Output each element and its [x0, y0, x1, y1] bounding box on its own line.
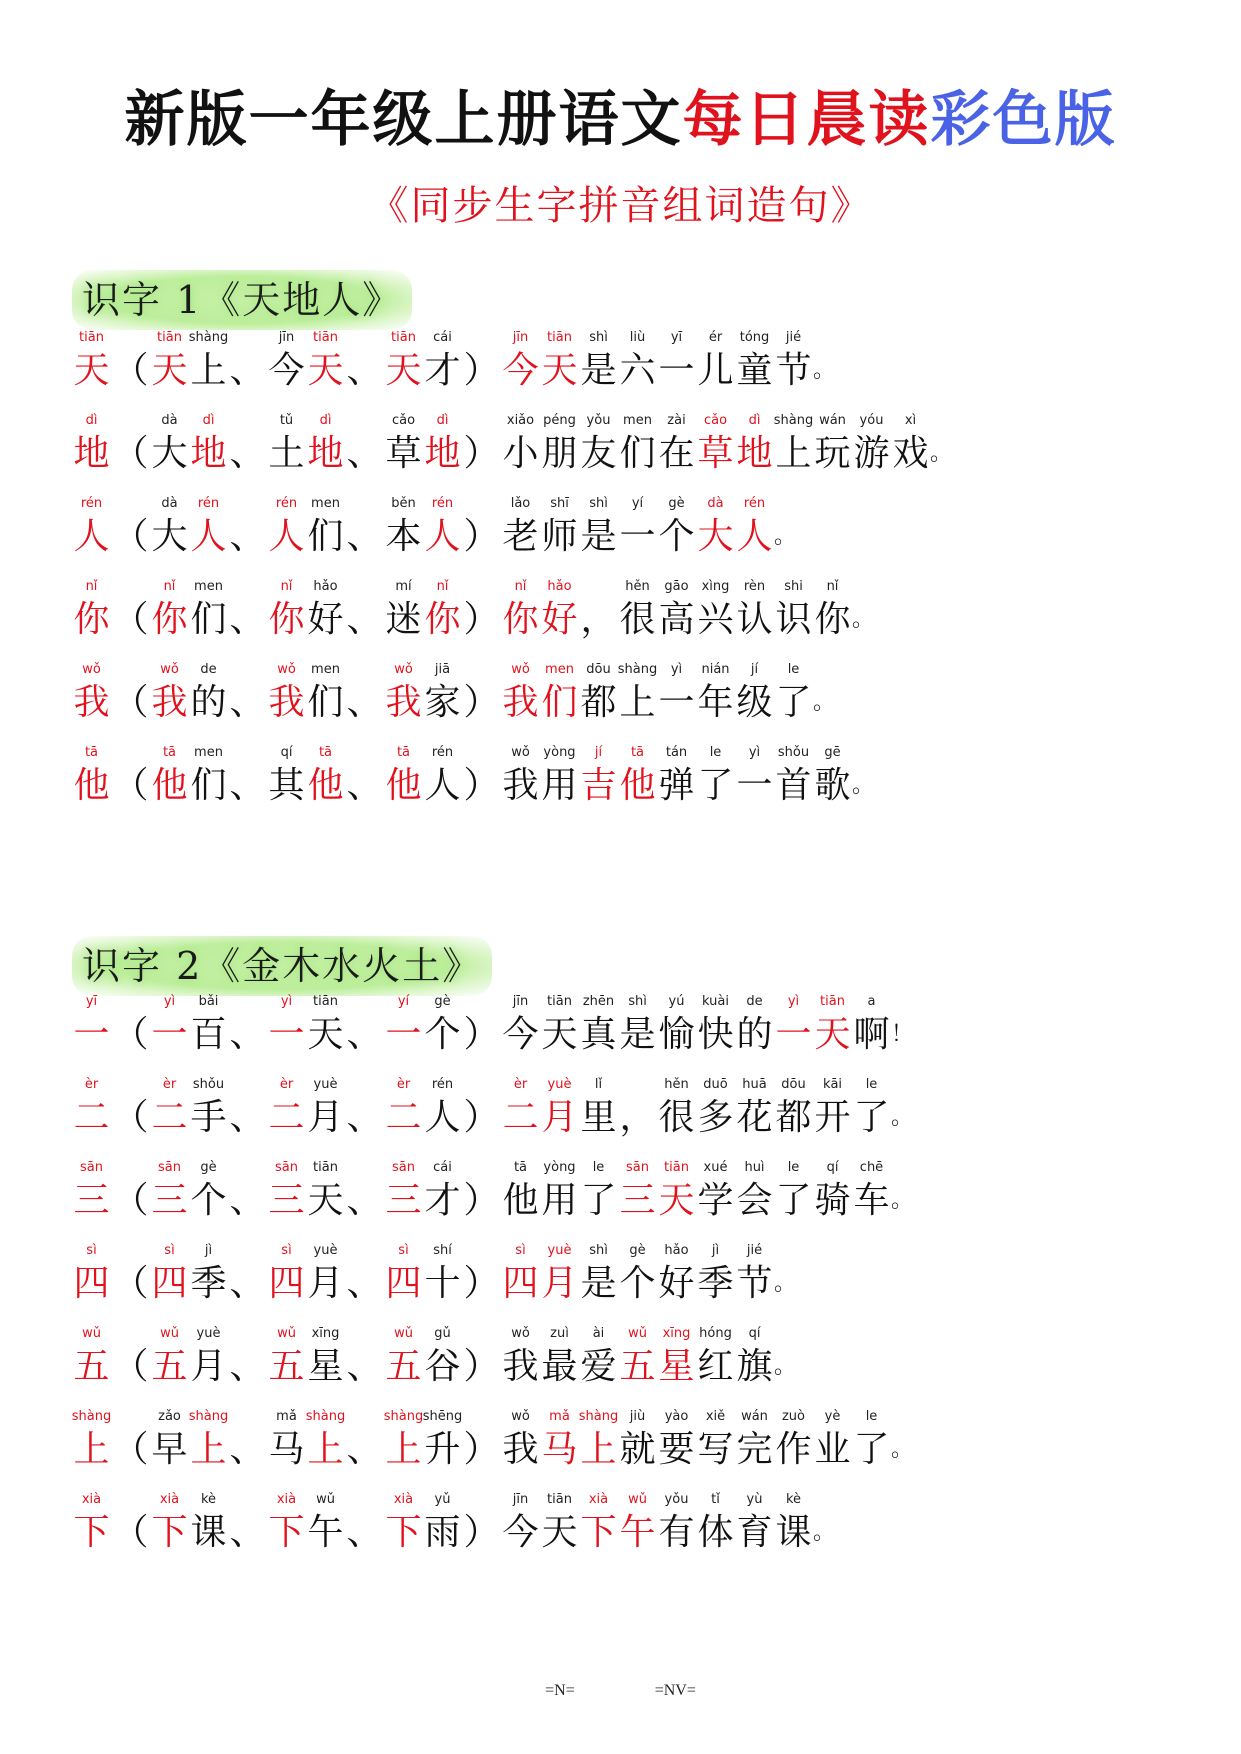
punctuation: 。	[891, 1407, 919, 1473]
hanzi: 人	[267, 514, 306, 560]
hanzi: 儿	[696, 348, 735, 394]
hanzi: （	[111, 1344, 150, 1390]
punctuation: 。	[852, 577, 880, 643]
title-red-part: 每日晨读	[683, 85, 931, 155]
hanzi: ）	[462, 348, 501, 394]
hanzi: 上	[72, 1427, 111, 1473]
hanzi: 你	[267, 597, 306, 643]
hanzi: 、	[345, 514, 384, 560]
hanzi: 我	[384, 680, 423, 726]
hanzi: 地	[72, 431, 111, 477]
hanzi: ）	[462, 1261, 501, 1307]
punctuation: ！	[891, 992, 919, 1058]
hanzi: 今	[501, 348, 540, 394]
hanzi: 最	[540, 1344, 579, 1390]
hanzi: 、	[345, 763, 384, 809]
hanzi: 师	[540, 514, 579, 560]
hanzi: 星	[306, 1344, 345, 1390]
hanzi: 首	[774, 763, 813, 809]
hanzi: 土	[267, 431, 306, 477]
text-row: yī一（yì一bǎi百、yì一tiān天、yí一gè个）jīn今tiān天zhē…	[72, 992, 919, 1066]
hanzi: 多	[696, 1095, 735, 1141]
hanzi: 上	[618, 680, 657, 726]
hanzi: 、	[228, 1095, 267, 1141]
pinyin	[881, 1075, 929, 1095]
footer-mark-1: =N=	[545, 1682, 575, 1700]
hanzi: 四	[384, 1261, 423, 1307]
hanzi: （	[111, 431, 150, 477]
hanzi: 、	[345, 1095, 384, 1141]
text-row: sì四（sì四jì季、sì四yuè月、sì四shí十）sì四yuè月shì是gè…	[72, 1241, 802, 1315]
hanzi: 四	[267, 1261, 306, 1307]
hanzi: 、	[345, 1510, 384, 1556]
hanzi: 友	[579, 431, 618, 477]
hanzi: 作	[774, 1427, 813, 1473]
text-row: xià下（xià下kè课、xià下wǔ午、xià下yǔ雨）jīn今tiān天xi…	[72, 1490, 841, 1564]
hanzi: 了	[852, 1427, 891, 1473]
hanzi: 草	[696, 431, 735, 477]
pinyin	[764, 1241, 812, 1261]
hanzi: 月	[306, 1261, 345, 1307]
hanzi: （	[111, 680, 150, 726]
hanzi: 的	[735, 1012, 774, 1058]
hanzi: 四	[501, 1261, 540, 1307]
pinyin	[881, 1158, 929, 1178]
hanzi: ）	[462, 1344, 501, 1390]
hanzi: 。	[891, 1095, 919, 1141]
hanzi: 才	[423, 1178, 462, 1224]
hanzi: 、	[345, 597, 384, 643]
hanzi: 朋	[540, 431, 579, 477]
hanzi: 一	[150, 1012, 189, 1058]
hanzi: 童	[735, 348, 774, 394]
hanzi: 五	[618, 1344, 657, 1390]
hanzi: （	[111, 1012, 150, 1058]
hanzi: 很	[657, 1095, 696, 1141]
text-row: tā他（tā他men们、qí其tā他、tā他rén人）wǒ我yòng用jí吉tā…	[72, 743, 880, 817]
hanzi: ）	[462, 431, 501, 477]
hanzi: 天	[384, 348, 423, 394]
pinyin	[842, 743, 890, 763]
hanzi: 车	[852, 1178, 891, 1224]
hanzi: 我	[501, 763, 540, 809]
pinyin	[803, 1490, 851, 1510]
hanzi: 天	[813, 1012, 852, 1058]
hanzi: 高	[657, 597, 696, 643]
hanzi: 骑	[813, 1178, 852, 1224]
hanzi: 年	[696, 680, 735, 726]
hanzi: 啊	[852, 1012, 891, 1058]
hanzi: 一	[267, 1012, 306, 1058]
hanzi: 天	[540, 348, 579, 394]
hanzi: 们	[189, 763, 228, 809]
hanzi: 好	[306, 597, 345, 643]
hanzi: 、	[345, 1344, 384, 1390]
hanzi: 有	[657, 1510, 696, 1556]
hanzi: 会	[735, 1178, 774, 1224]
hanzi: ）	[462, 1427, 501, 1473]
punctuation: 。	[813, 660, 841, 726]
hanzi: 升	[423, 1427, 462, 1473]
text-row: tiān天（tiān天shàng上、jīn今tiān天、tiān天cái才）jī…	[72, 328, 841, 402]
hanzi: 我	[267, 680, 306, 726]
hanzi: 地	[735, 431, 774, 477]
text-row: nǐ你（nǐ你men们、nǐ你hǎo好、mí迷nǐ你）nǐ你hǎo好，hěn很g…	[72, 577, 880, 651]
hanzi: 上	[189, 348, 228, 394]
hanzi: 三	[384, 1178, 423, 1224]
hanzi: （	[111, 1510, 150, 1556]
hanzi: 你	[501, 597, 540, 643]
hanzi: 四	[150, 1261, 189, 1307]
hanzi: 、	[345, 348, 384, 394]
hanzi: 、	[345, 1178, 384, 1224]
hanzi: 育	[735, 1510, 774, 1556]
hanzi: 好	[657, 1261, 696, 1307]
hanzi: 兴	[696, 597, 735, 643]
hanzi: 马	[540, 1427, 579, 1473]
hanzi: 们	[306, 514, 345, 560]
hanzi: 今	[267, 348, 306, 394]
hanzi: 。	[774, 514, 802, 560]
hanzi: 百	[189, 1012, 228, 1058]
hanzi: 才	[423, 348, 462, 394]
hanzi: ，	[579, 597, 618, 643]
hanzi: 午	[618, 1510, 657, 1556]
hanzi: 三	[72, 1178, 111, 1224]
hanzi: 你	[813, 597, 852, 643]
hanzi: 都	[579, 680, 618, 726]
pinyin	[881, 992, 929, 1012]
hanzi: 天	[540, 1012, 579, 1058]
pinyin	[803, 660, 851, 680]
hanzi: 。	[891, 1178, 919, 1224]
hanzi: 人	[189, 514, 228, 560]
hanzi: 本	[384, 514, 423, 560]
hanzi: 们	[306, 680, 345, 726]
hanzi: 人	[735, 514, 774, 560]
hanzi: 马	[267, 1427, 306, 1473]
hanzi: 是	[579, 514, 618, 560]
hanzi: 天	[657, 1178, 696, 1224]
hanzi: 游	[852, 431, 891, 477]
hanzi: 小	[501, 431, 540, 477]
hanzi: 月	[540, 1261, 579, 1307]
hanzi: 午	[306, 1510, 345, 1556]
page-subtitle: 《同步生字拼音组词造句》	[0, 178, 1241, 234]
hanzi: 、	[228, 1012, 267, 1058]
hanzi: 其	[267, 763, 306, 809]
hanzi: 三	[267, 1178, 306, 1224]
hanzi: 三	[150, 1178, 189, 1224]
hanzi: 人	[423, 1095, 462, 1141]
hanzi: 二	[72, 1095, 111, 1141]
hanzi: 早	[150, 1427, 189, 1473]
hanzi: 。	[813, 1510, 841, 1556]
hanzi: 月	[306, 1095, 345, 1141]
hanzi: 个	[423, 1012, 462, 1058]
hanzi: 完	[735, 1427, 774, 1473]
hanzi: 五	[150, 1344, 189, 1390]
hanzi: 、	[228, 1344, 267, 1390]
hanzi: 是	[579, 348, 618, 394]
hanzi: 个	[618, 1261, 657, 1307]
hanzi: 十	[423, 1261, 462, 1307]
hanzi: 老	[501, 514, 540, 560]
hanzi: 是	[618, 1012, 657, 1058]
hanzi: 用	[540, 1178, 579, 1224]
hanzi: 。	[813, 348, 841, 394]
hanzi: 、	[228, 1261, 267, 1307]
hanzi: 星	[657, 1344, 696, 1390]
hanzi: 红	[696, 1344, 735, 1390]
hanzi: 。	[813, 680, 841, 726]
hanzi: 认	[735, 597, 774, 643]
page-title: 新版一年级上册语文每日晨读彩色版	[0, 82, 1241, 158]
hanzi: ）	[462, 597, 501, 643]
hanzi: 上	[579, 1427, 618, 1473]
hanzi: ）	[462, 680, 501, 726]
hanzi: 我	[150, 680, 189, 726]
hanzi: 们	[189, 597, 228, 643]
hanzi: 、	[345, 680, 384, 726]
hanzi: （	[111, 1095, 150, 1141]
text-row: sān三（sān三gè个、sān三tiān天、sān三cái才）tā他yòng用…	[72, 1158, 919, 1232]
hanzi: 他	[150, 763, 189, 809]
punctuation: 。	[813, 1490, 841, 1556]
hanzi: 戏	[891, 431, 930, 477]
text-row: wǒ我（wǒ我de的、wǒ我men们、wǒ我jiā家）wǒ我men们dōu都sh…	[72, 660, 841, 734]
hanzi: 他	[306, 763, 345, 809]
section-heading-2: 识字 2《金木水火土》	[72, 936, 492, 996]
hanzi: 天	[306, 348, 345, 394]
pinyin	[842, 577, 890, 597]
hanzi: ）	[462, 1178, 501, 1224]
hanzi: 下	[579, 1510, 618, 1556]
hanzi: 。	[774, 1261, 802, 1307]
hanzi: 要	[657, 1427, 696, 1473]
hanzi: 天	[540, 1510, 579, 1556]
hanzi: 地	[189, 431, 228, 477]
hanzi: 上	[306, 1427, 345, 1473]
hanzi: 个	[657, 514, 696, 560]
hanzi: 、	[228, 1510, 267, 1556]
hanzi: 了	[774, 1178, 813, 1224]
text-row: èr二（èr二shǒu手、èr二yuè月、èr二rén人）èr二yuè月lǐ里，…	[72, 1075, 919, 1149]
hanzi: 你	[150, 597, 189, 643]
hanzi: 人	[423, 763, 462, 809]
punctuation: 。	[891, 1158, 919, 1224]
hanzi: 课	[189, 1510, 228, 1556]
hanzi: 下	[72, 1510, 111, 1556]
hanzi: 。	[852, 597, 880, 643]
punctuation: 。	[852, 743, 880, 809]
hanzi: 愉	[657, 1012, 696, 1058]
hanzi: 了	[696, 763, 735, 809]
hanzi: （	[111, 348, 150, 394]
hanzi: 天	[306, 1012, 345, 1058]
hanzi: 他	[618, 763, 657, 809]
hanzi: 人	[72, 514, 111, 560]
hanzi: 下	[267, 1510, 306, 1556]
hanzi: 、	[345, 1427, 384, 1473]
hanzi: ，	[618, 1095, 657, 1141]
hanzi: 我	[72, 680, 111, 726]
hanzi: 们	[540, 680, 579, 726]
hanzi: 、	[228, 597, 267, 643]
hanzi: 真	[579, 1012, 618, 1058]
hanzi: 地	[423, 431, 462, 477]
hanzi: 好	[540, 597, 579, 643]
hanzi: 节	[735, 1261, 774, 1307]
hanzi: ）	[462, 1012, 501, 1058]
hanzi: 二	[150, 1095, 189, 1141]
hanzi: 五	[384, 1344, 423, 1390]
hanzi: 花	[735, 1095, 774, 1141]
hanzi: 了	[579, 1178, 618, 1224]
punctuation: 。	[774, 1241, 802, 1307]
hanzi: 节	[774, 348, 813, 394]
hanzi: 旗	[735, 1344, 774, 1390]
title-blue-part: 彩色版	[931, 85, 1117, 155]
hanzi: ）	[462, 763, 501, 809]
hanzi: 下	[384, 1510, 423, 1556]
hanzi: 课	[774, 1510, 813, 1556]
hanzi: 是	[579, 1261, 618, 1307]
hanzi: ！	[891, 1012, 919, 1058]
hanzi: 大	[150, 514, 189, 560]
hanzi: 玩	[813, 431, 852, 477]
hanzi: 个	[189, 1178, 228, 1224]
hanzi: 、	[228, 1427, 267, 1473]
punctuation: 。	[813, 328, 841, 394]
hanzi: 、	[345, 1261, 384, 1307]
hanzi: 学	[696, 1178, 735, 1224]
hanzi: 写	[696, 1427, 735, 1473]
hanzi: 上	[189, 1427, 228, 1473]
hanzi: 爱	[579, 1344, 618, 1390]
hanzi: 月	[540, 1095, 579, 1141]
hanzi: 上	[774, 431, 813, 477]
pinyin	[764, 1324, 812, 1344]
hanzi: 一	[657, 348, 696, 394]
punctuation: 。	[774, 494, 802, 560]
hanzi: 一	[774, 1012, 813, 1058]
hanzi: 很	[618, 597, 657, 643]
hanzi: 了	[852, 1095, 891, 1141]
hanzi: 在	[657, 431, 696, 477]
hanzi: 。	[891, 1427, 919, 1473]
hanzi: （	[111, 763, 150, 809]
hanzi: 你	[72, 597, 111, 643]
hanzi: 草	[384, 431, 423, 477]
hanzi: 业	[813, 1427, 852, 1473]
hanzi: 季	[189, 1261, 228, 1307]
hanzi: 三	[618, 1178, 657, 1224]
hanzi: 五	[267, 1344, 306, 1390]
hanzi: 他	[501, 1178, 540, 1224]
hanzi: 六	[618, 348, 657, 394]
section-heading-1: 识字 1《天地人》	[72, 270, 412, 330]
hanzi: 他	[72, 763, 111, 809]
hanzi: 一	[618, 514, 657, 560]
punctuation: 。	[930, 411, 958, 477]
hanzi: 他	[384, 763, 423, 809]
hanzi: 一	[657, 680, 696, 726]
hanzi: 今	[501, 1012, 540, 1058]
hanzi: 都	[774, 1095, 813, 1141]
page-footer: =N= =NV=	[0, 1682, 1241, 1700]
hanzi: 吉	[579, 763, 618, 809]
hanzi: 、	[228, 431, 267, 477]
hanzi: ）	[462, 1510, 501, 1556]
hanzi: 迷	[384, 597, 423, 643]
hanzi: 天	[306, 1178, 345, 1224]
hanzi: 二	[267, 1095, 306, 1141]
hanzi: 天	[150, 348, 189, 394]
hanzi: 。	[852, 763, 880, 809]
hanzi: 。	[930, 431, 958, 477]
hanzi: 雨	[423, 1510, 462, 1556]
hanzi: 家	[423, 680, 462, 726]
hanzi: 你	[423, 597, 462, 643]
hanzi: 、	[228, 1178, 267, 1224]
hanzi: 手	[189, 1095, 228, 1141]
hanzi: 天	[72, 348, 111, 394]
hanzi: 、	[228, 680, 267, 726]
hanzi: 下	[150, 1510, 189, 1556]
text-row: rén人（dà大rén人、rén人men们、běn本rén人）lǎo老shī师s…	[72, 494, 802, 568]
hanzi: 快	[696, 1012, 735, 1058]
hanzi: 识	[774, 597, 813, 643]
hanzi: 二	[384, 1095, 423, 1141]
hanzi: 体	[696, 1510, 735, 1556]
hanzi: 大	[696, 514, 735, 560]
hanzi: 我	[501, 1427, 540, 1473]
hanzi: 月	[189, 1344, 228, 1390]
hanzi: ）	[462, 514, 501, 560]
hanzi: 就	[618, 1427, 657, 1473]
hanzi: 开	[813, 1095, 852, 1141]
hanzi: 今	[501, 1510, 540, 1556]
hanzi: 我	[501, 1344, 540, 1390]
pinyin	[764, 494, 812, 514]
hanzi: 、	[228, 763, 267, 809]
text-row: shàng上（zǎo早shàng上、mǎ马shàng上、shàng上shēng升…	[72, 1407, 919, 1481]
hanzi: （	[111, 1427, 150, 1473]
hanzi: （	[111, 514, 150, 560]
hanzi: 四	[72, 1261, 111, 1307]
hanzi: 弹	[657, 763, 696, 809]
hanzi: 五	[72, 1344, 111, 1390]
pinyin	[803, 328, 851, 348]
text-row: wǔ五（wǔ五yuè月、wǔ五xīng星、wǔ五gǔ谷）wǒ我zuì最ài爱wǔ…	[72, 1324, 802, 1398]
hanzi: ）	[462, 1095, 501, 1141]
hanzi: （	[111, 1261, 150, 1307]
hanzi: 一	[735, 763, 774, 809]
hanzi: 用	[540, 763, 579, 809]
hanzi: 级	[735, 680, 774, 726]
hanzi: （	[111, 597, 150, 643]
pinyin	[920, 411, 968, 431]
hanzi: 一	[72, 1012, 111, 1058]
hanzi: 歌	[813, 763, 852, 809]
hanzi: 二	[501, 1095, 540, 1141]
pinyin	[881, 1407, 929, 1427]
hanzi: 、	[345, 1012, 384, 1058]
hanzi: 上	[384, 1427, 423, 1473]
hanzi: 们	[618, 431, 657, 477]
text-row: dì地（dà大dì地、tǔ土dì地、cǎo草dì地）xiǎo小péng朋yǒu友…	[72, 411, 958, 485]
